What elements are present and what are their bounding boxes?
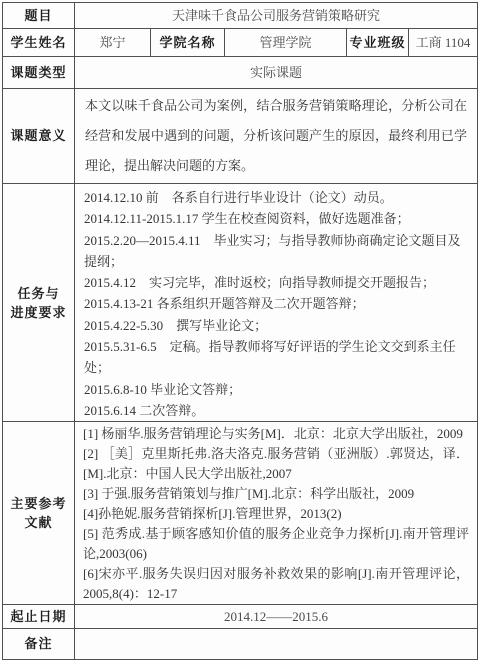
student-name-value: 郑宁	[75, 29, 151, 57]
task-item: 2015.4.12 实习完毕，准时返校；向指导教师提交开题报告；	[84, 272, 468, 293]
significance-cell: 本文以味千食品公司为案例，结合服务营销策略理论，分析公司在经营和发展中遇到的问题…	[75, 89, 478, 184]
row-significance: 课题意义 本文以味千食品公司为案例，结合服务营销策略理论，分析公司在经营和发展中…	[3, 89, 478, 184]
references-label-line1: 主要参考	[3, 494, 74, 513]
college-label: 学院名称	[151, 29, 225, 57]
class-value: 工商 1104	[409, 29, 478, 57]
row-references: 主要参考 文献 [1] 杨丽华.服务营销理论与实务[M]．北京：北京大学出版社，…	[3, 422, 478, 605]
tasks-label-line1: 任务与	[3, 284, 74, 303]
task-item: 2014.12.10 前 各系自行进行毕业设计（论文）动员。	[84, 187, 468, 208]
remarks-value	[75, 629, 478, 660]
college-value: 管理学院	[225, 29, 347, 57]
reference-item: [4]孙艳妮.服务营销探析[J].管理世界，2013(2)	[83, 504, 469, 524]
significance-label: 课题意义	[3, 89, 75, 184]
task-item: 2015.2.20—2015.4.11 毕业实习；与指导教师协商确定论文题目及提…	[84, 230, 468, 273]
row-student: 学生姓名 郑宁 学院名称 管理学院 专业班级 工商 1104	[3, 29, 478, 57]
topic-type-label: 课题类型	[3, 57, 75, 89]
task-item: 2015.4.22-5.30 撰写毕业论文；	[84, 315, 468, 336]
class-label: 专业班级	[347, 29, 409, 57]
title-label: 题目	[3, 3, 75, 29]
scanned-document-sheet: 题目 天津味千食品公司服务营销策略研究 学生姓名 郑宁 学院名称 管理学院 专业…	[0, 0, 479, 658]
references-cell: [1] 杨丽华.服务营销理论与实务[M]．北京：北京大学出版社，2009 [2]…	[75, 422, 478, 605]
row-tasks: 任务与 进度要求 2014.12.10 前 各系自行进行毕业设计（论文）动员。 …	[3, 184, 478, 422]
task-item: 2015.5.31-6.5 定稿。指导教师将写好评语的学生论文交到系主任处；	[84, 336, 468, 379]
task-item: 2015.6.8-10 毕业论文答辩；	[84, 379, 468, 400]
task-item: 2014.12.11-2015.1.17 学生在校查阅资料，做好选题准备；	[84, 208, 468, 229]
row-remarks: 备注	[3, 629, 478, 660]
significance-text: 本文以味千食品公司为案例，结合服务营销策略理论，分析公司在经营和发展中遇到的问题…	[75, 91, 477, 181]
reference-item: [6]宋亦平.服务失误归因对服务补救效果的影响[J].南开管理评论，2005,8…	[83, 564, 469, 604]
tasks-label-line2: 进度要求	[3, 303, 74, 322]
reference-item: [3] 于强.服务营销策划与推广[M].北京：科学出版社，2009	[83, 484, 469, 504]
task-item: 2015.6.14 二次答辩。	[84, 400, 468, 421]
row-topic-type: 课题类型 实际课题	[3, 57, 478, 89]
references-label-line2: 文献	[3, 513, 74, 532]
reference-item: [1] 杨丽华.服务营销理论与实务[M]．北京：北京大学出版社，2009	[83, 424, 469, 444]
reference-item: [2] ［美］克里斯托弗.洛夫洛克.服务营销（亚洲版）.郭贤达，译．[M].北京…	[83, 444, 469, 484]
row-dates: 起止日期 2014.12——2015.6	[3, 605, 478, 629]
student-name-label: 学生姓名	[3, 29, 75, 57]
row-title: 题目 天津味千食品公司服务营销策略研究	[3, 3, 478, 29]
dates-value: 2014.12——2015.6	[75, 605, 478, 629]
remarks-label: 备注	[3, 629, 75, 660]
tasks-label: 任务与 进度要求	[3, 184, 75, 422]
references-label: 主要参考 文献	[3, 422, 75, 605]
reference-item: [5] 范秀成.基于顾客感知价值的服务企业竞争力探析[J].南开管理评论,200…	[83, 524, 469, 564]
task-item: 2015.4.13-21 各系组织开题答辩及二次开题答辩；	[84, 293, 468, 314]
topic-type-value: 实际课题	[75, 57, 478, 89]
thesis-assignment-table: 题目 天津味千食品公司服务营销策略研究 学生姓名 郑宁 学院名称 管理学院 专业…	[2, 2, 478, 660]
dates-label: 起止日期	[3, 605, 75, 629]
title-value: 天津味千食品公司服务营销策略研究	[75, 3, 478, 29]
tasks-cell: 2014.12.10 前 各系自行进行毕业设计（论文）动员。 2014.12.1…	[75, 184, 478, 422]
